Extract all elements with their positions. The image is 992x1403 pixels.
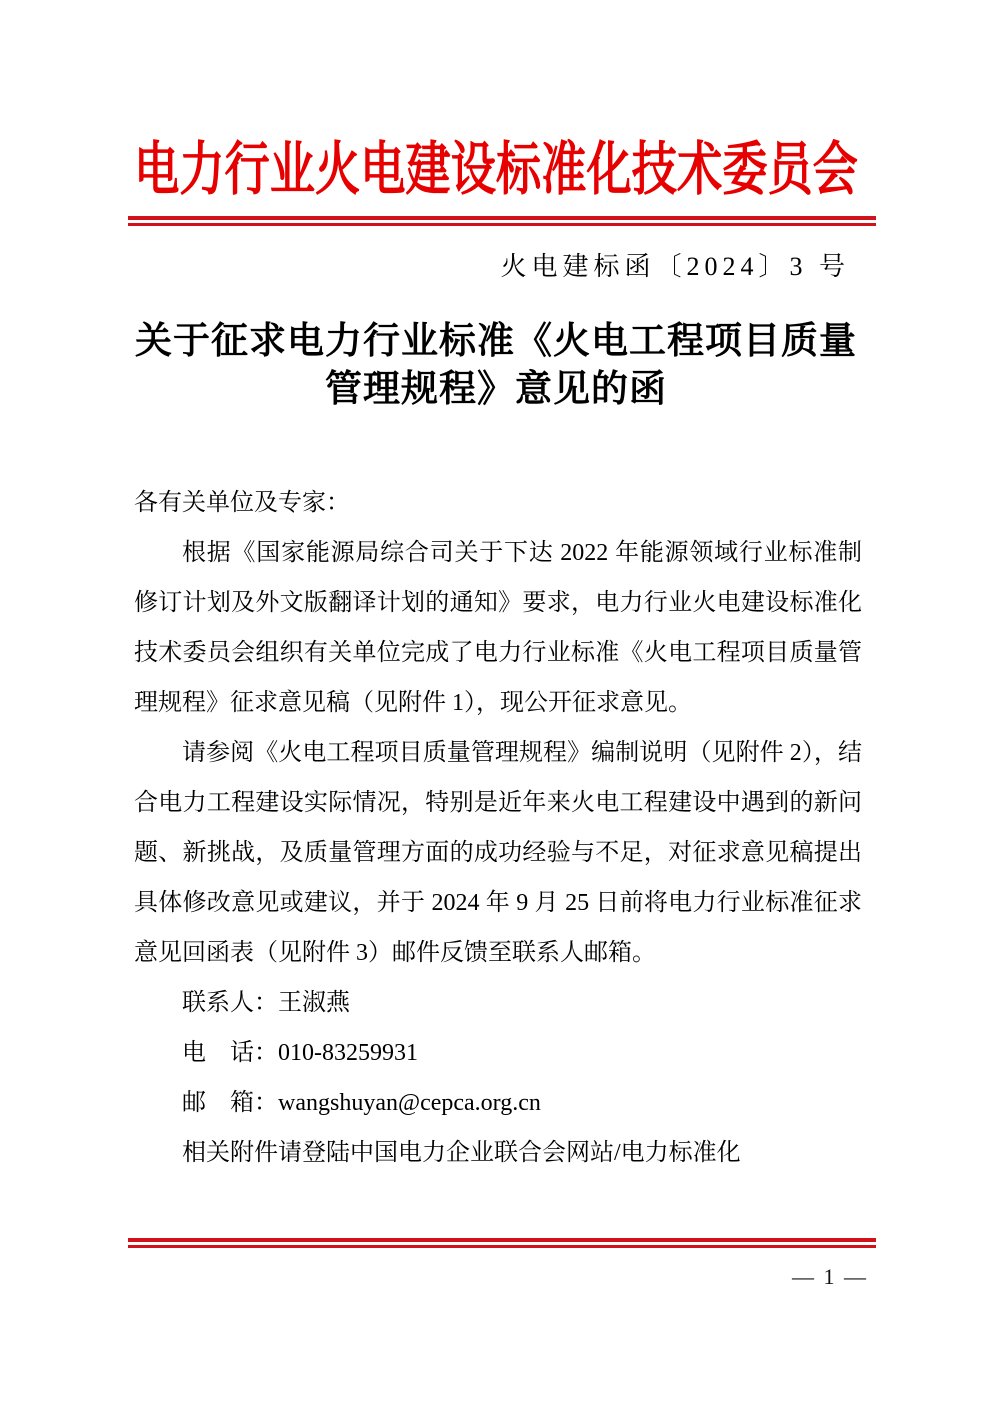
document-title-line-1: 关于征求电力行业标准《火电工程项目质量 (0, 318, 992, 366)
document-title-line-2: 管理规程》意见的函 (0, 366, 992, 414)
letterhead-org-name-text: 电力行业火电建设标准化技术委员会 (134, 130, 858, 210)
closing-paragraph: 相关附件请登陆中国电力企业联合会网站/电力标准化 (134, 1128, 862, 1178)
contact-phone-line: 电 话：010-83259931 (134, 1028, 862, 1078)
footer-divider (128, 1238, 876, 1248)
salutation: 各有关单位及专家： (134, 478, 862, 528)
contact-person-line: 联系人：王淑燕 (134, 978, 862, 1028)
document-title: 关于征求电力行业标准《火电工程项目质量 管理规程》意见的函 (0, 318, 992, 414)
document-body: 各有关单位及专家： 根据《国家能源局综合司关于下达 2022 年能源领域行业标准… (134, 478, 862, 1178)
letterhead-org-name: 电力行业火电建设标准化技术委员会 (0, 130, 992, 210)
doc-number: 火电建标函〔2024〕3 号 (0, 246, 992, 283)
letterhead-divider (128, 216, 876, 226)
paragraph-2: 请参阅《火电工程项目质量管理规程》编制说明（见附件 2），结合电力工程建设实际情… (134, 728, 862, 978)
page-number: — 1 — (0, 1264, 992, 1290)
paragraph-1: 根据《国家能源局综合司关于下达 2022 年能源领域行业标准制修订计划及外文版翻… (134, 528, 862, 728)
contact-email-line: 邮 箱：wangshuyan@cepca.org.cn (134, 1078, 862, 1128)
document-page: 电力行业火电建设标准化技术委员会 火电建标函〔2024〕3 号 关于征求电力行业… (0, 0, 992, 1403)
